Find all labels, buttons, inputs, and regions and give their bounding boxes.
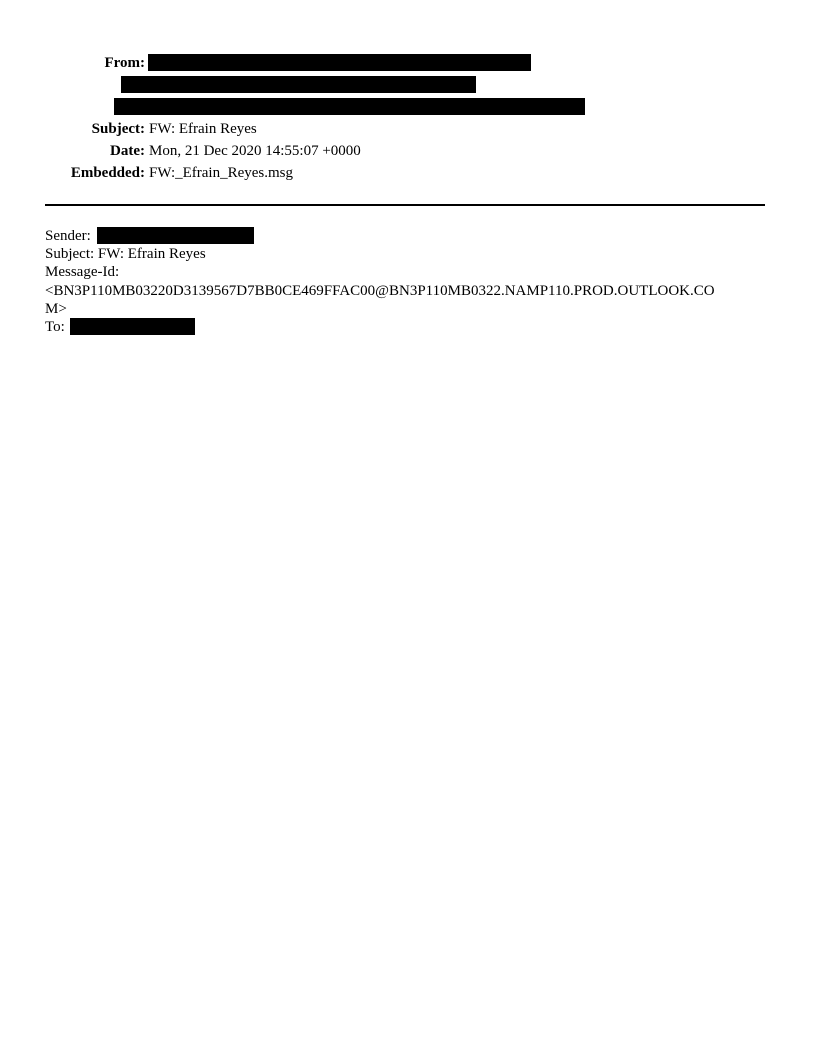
from-redaction-3	[114, 98, 585, 115]
embedded-row: Embedded:FW:_Efrain_Reyes.msg	[45, 164, 293, 182]
embedded-value: FW:_Efrain_Reyes.msg	[149, 165, 293, 181]
sender-redaction	[97, 227, 254, 244]
subject-value: FW: Efrain Reyes	[149, 121, 257, 137]
subject-row: Subject:FW: Efrain Reyes	[45, 120, 257, 138]
header-divider	[45, 204, 765, 206]
date-value: Mon, 21 Dec 2020 14:55:07 +0000	[149, 143, 361, 159]
date-label: Date:	[45, 142, 145, 160]
date-row: Date:Mon, 21 Dec 2020 14:55:07 +0000	[45, 142, 361, 160]
sender-line: Sender:	[45, 227, 91, 245]
from-row: From:	[45, 54, 145, 72]
to-line: To:	[45, 318, 65, 336]
subject-label: Subject:	[45, 120, 145, 138]
subject-line: Subject: FW: Efrain Reyes	[45, 245, 206, 263]
to-redaction	[70, 318, 195, 335]
message-id-label: Message-Id:	[45, 263, 119, 281]
from-redaction-2	[121, 76, 476, 93]
message-id-line-2: M>	[45, 300, 67, 318]
embedded-label: Embedded:	[45, 164, 145, 182]
sender-label: Sender:	[45, 228, 91, 244]
from-redaction-1	[148, 54, 531, 71]
from-label: From:	[45, 54, 145, 72]
to-label: To:	[45, 319, 65, 335]
message-id-line-1: <BN3P110MB03220D3139567D7BB0CE469FFAC00@…	[45, 282, 715, 300]
